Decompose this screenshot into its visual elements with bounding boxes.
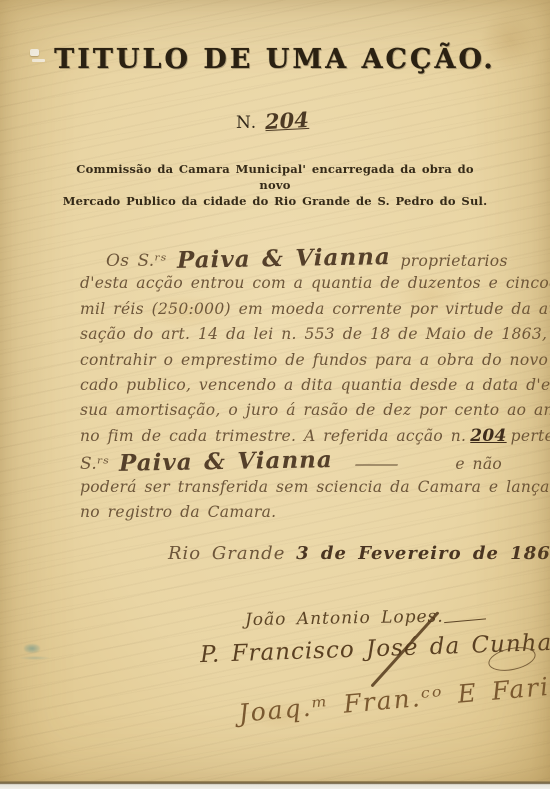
dash-stroke: —: [353, 452, 400, 477]
document-title: TITULO DE UMA ACÇÃO.: [0, 44, 550, 75]
dateline: Rio Grande 3 de Fevereiro de 1864: [168, 543, 550, 564]
body-line: mil réis (250:000) em moeda corrente por…: [80, 297, 502, 322]
body-text-fragment: S.ʳˢ: [80, 452, 109, 477]
body-line: cado publico, vencendo a dita quantia de…: [80, 373, 502, 398]
body-line: poderá ser transferida sem sciencia da C…: [80, 475, 502, 500]
body-text-fragment: pertence aos: [511, 424, 550, 449]
handwritten-share-number: 204: [470, 424, 506, 449]
body-line: d'esta acção entrou com a quantia de duz…: [80, 271, 502, 296]
body-line: S.ʳˢ Paiva & Vianna — e não: [80, 449, 502, 474]
shareholder-name: Paiva & Vianna: [177, 244, 391, 273]
signature-1: João Antonio Lopes.: [245, 606, 486, 630]
handwritten-share-number: 204: [265, 107, 310, 134]
paper-bottom-edge: [0, 781, 550, 789]
body-line: sua amortisação, o juro á rasão de dez p…: [80, 398, 502, 423]
issuer-heading-line2: Mercado Publico da cidade do Rio Grande …: [60, 193, 490, 209]
document-paper: TITULO DE UMA ACÇÃO. N.204 Commissão da …: [0, 0, 550, 789]
issuer-heading: Commissão da Camara Municipal' encarrega…: [60, 161, 490, 209]
body-line: Os S.ʳˢ Paiva & Vianna proprietarios: [80, 246, 502, 271]
blue-ink-stamp: [20, 656, 50, 660]
body-line: no registro da Camara.: [80, 500, 502, 525]
dateline-date: 3 de Fevereiro de 1864: [296, 543, 550, 564]
issuer-heading-line1: Commissão da Camara Municipal' encarrega…: [60, 161, 490, 193]
blue-ink-stamp: [24, 644, 40, 653]
signature-flourish: [444, 618, 486, 623]
body-line: contrahir o emprestimo de fundos para a …: [80, 348, 502, 373]
body-text-fragment: no fim de cada trimestre. A referida acç…: [80, 424, 466, 449]
body-line: no fim de cada trimestre. A referida acç…: [80, 424, 502, 449]
shareholder-name: Paiva & Vianna: [119, 447, 333, 476]
body-line: sação do art. 14 da lei n. 553 de 18 de …: [80, 322, 502, 347]
signature-3: Joaq.ᵐ Fran.ᶜᵒ E Farias: [237, 669, 550, 728]
signature-name: João Antonio Lopes.: [245, 607, 444, 630]
body-text-fragment: e não: [455, 452, 502, 477]
handwritten-body: Os S.ʳˢ Paiva & Vianna proprietarios d'e…: [80, 246, 502, 525]
number-label: N.: [236, 113, 257, 133]
dateline-place: Rio Grande: [168, 543, 285, 564]
share-number-line: N.204: [236, 108, 309, 133]
